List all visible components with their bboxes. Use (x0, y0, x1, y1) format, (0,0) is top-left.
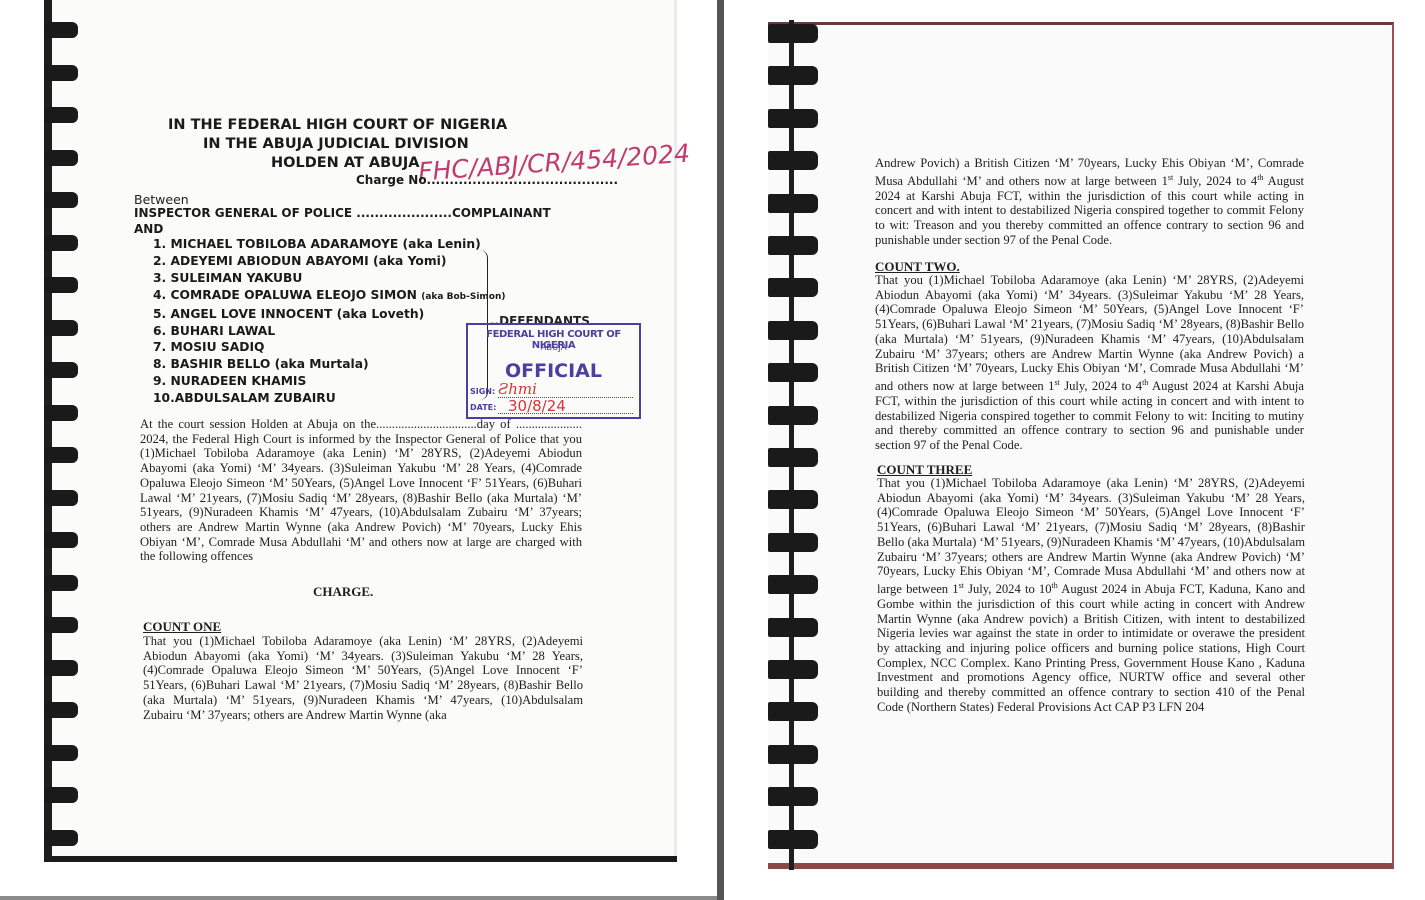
defendant-name: 5. ANGEL LOVE INNOCENT (aka Loveth) (153, 307, 424, 321)
defendant-item: 4. COMRADE OPALUWA ELEOJO SIMON (aka Bob… (153, 287, 506, 306)
defendant-name: 6. BUHARI LAWAL (153, 324, 275, 338)
charge-heading: CHARGE. (313, 584, 373, 600)
defendant-name: 1. MICHAEL TOBILOBA ADARAMOYE (aka Lenin… (153, 237, 481, 251)
binding-ring (768, 236, 818, 255)
count-three-text: That you (1)Michael Tobiloba Adaramoye (… (877, 476, 1305, 714)
defendant-item: 2. ADEYEMI ABIODUN ABAYOMI (aka Yomi) (153, 253, 506, 270)
handwritten-date: 30/8/24 (508, 397, 566, 415)
binding-ring (768, 278, 818, 297)
binding-ring (768, 109, 818, 128)
defendant-item: 9. NURADEEN KHAMIS (153, 373, 506, 390)
binding-ring (44, 830, 78, 846)
binding-ring (44, 702, 78, 718)
intro-paragraph: At the court session Holden at Abuja on … (140, 417, 582, 564)
defendant-item: 6. BUHARI LAWAL (153, 323, 506, 340)
court-official-stamp: FEDERAL HIGH COURT OF NIGERIA ABUJA OFFI… (466, 323, 641, 419)
binding-ring (44, 362, 78, 378)
bottom-edge (0, 896, 717, 900)
binding-ring (768, 321, 818, 340)
defendant-name: 8. BASHIR BELLO (aka Murtala) (153, 357, 369, 371)
defendant-name: 2. ADEYEMI ABIODUN ABAYOMI (aka Yomi) (153, 254, 447, 268)
defendants-list: 1. MICHAEL TOBILOBA ADARAMOYE (aka Lenin… (153, 236, 506, 407)
count-one-title: COUNT ONE (143, 619, 221, 635)
binding-ring (768, 194, 818, 213)
defendant-item: 7. MOSIU SADIQ (153, 339, 506, 356)
charge-no-label: Charge No...............................… (356, 173, 618, 187)
binding-ring (768, 151, 818, 170)
spiral-binding-right (768, 20, 820, 870)
count-one-text: That you (1)Michael Tobiloba Adaramoye (… (143, 634, 583, 722)
binding-ring (44, 447, 78, 463)
and-label: AND (134, 222, 163, 236)
stamp-official: OFFICIAL (468, 360, 639, 382)
binding-ring (44, 65, 78, 81)
stamp-subtitle: ABUJA (468, 343, 639, 353)
defendant-item: 8. BASHIR BELLO (aka Murtala) (153, 356, 506, 373)
binding-ring (44, 490, 78, 506)
page-edge (44, 856, 677, 862)
binding-ring (44, 532, 78, 548)
binding-ring (44, 575, 78, 591)
defendant-alias: (aka Bob-Simon) (421, 292, 505, 302)
page-edge (674, 0, 677, 862)
binding-ring (44, 787, 78, 803)
defendant-item: 3. SULEIMAN YAKUBU (153, 270, 506, 287)
binding-ring (44, 277, 78, 293)
count-one-continued: Andrew Povich) a British Citizen ‘M’ 70y… (875, 156, 1304, 247)
binding-ring (44, 745, 78, 761)
binding-ring (768, 830, 818, 849)
court-heading-line-2: IN THE ABUJA JUDICIAL DIVISION (203, 136, 469, 152)
binding-ring (44, 405, 78, 421)
binding-ring (768, 363, 818, 382)
binding-ring (768, 575, 818, 594)
binding-ring (768, 406, 818, 425)
binding-ring (44, 617, 78, 633)
binding-ring (44, 150, 78, 166)
binding-ring (768, 745, 818, 764)
binding-ring (768, 66, 818, 85)
handwritten-signature: Ƨhmi (498, 380, 537, 398)
defendant-name: 10.ABDULSALAM ZUBAIRU (153, 391, 336, 405)
binding-ring (44, 22, 78, 38)
defendant-name: 4. COMRADE OPALUWA ELEOJO SIMON (153, 288, 421, 302)
binding-ring (768, 448, 818, 467)
binding-ring (44, 192, 78, 208)
court-heading-line-1: IN THE FEDERAL HIGH COURT OF NIGERIA (168, 117, 507, 133)
binding-ring (768, 490, 818, 509)
court-heading-line-3: HOLDEN AT ABUJA (271, 155, 420, 171)
binding-ring (768, 702, 818, 721)
binding-ring (44, 660, 78, 676)
defendant-name: 3. SULEIMAN YAKUBU (153, 271, 302, 285)
binding-ring (44, 235, 78, 251)
binding-ring (768, 533, 818, 552)
defendant-name: 7. MOSIU SADIQ (153, 340, 265, 354)
defendant-name: 9. NURADEEN KHAMIS (153, 374, 306, 388)
between-label: Between (134, 192, 189, 207)
binding-ring (44, 107, 78, 123)
binding-ring (768, 24, 818, 43)
defendant-item: 1. MICHAEL TOBILOBA ADARAMOYE (aka Lenin… (153, 236, 506, 253)
spiral-binding-left (44, 0, 84, 860)
binding-ring (768, 787, 818, 806)
stamp-sign-label: SIGN: (470, 387, 495, 396)
binding-ring (44, 320, 78, 336)
binding-ring (768, 660, 818, 679)
defendant-item: 5. ANGEL LOVE INNOCENT (aka Loveth) (153, 306, 506, 323)
stamp-date-label: DATE: (470, 403, 496, 412)
complainant-line: INSPECTOR GENERAL OF POLICE ............… (134, 206, 551, 220)
count-two-text: That you (1)Michael Tobiloba Adaramoye (… (875, 273, 1304, 453)
binding-ring (768, 618, 818, 637)
page-divider (717, 0, 724, 900)
defendant-item: 10.ABDULSALAM ZUBAIRU (153, 390, 506, 407)
